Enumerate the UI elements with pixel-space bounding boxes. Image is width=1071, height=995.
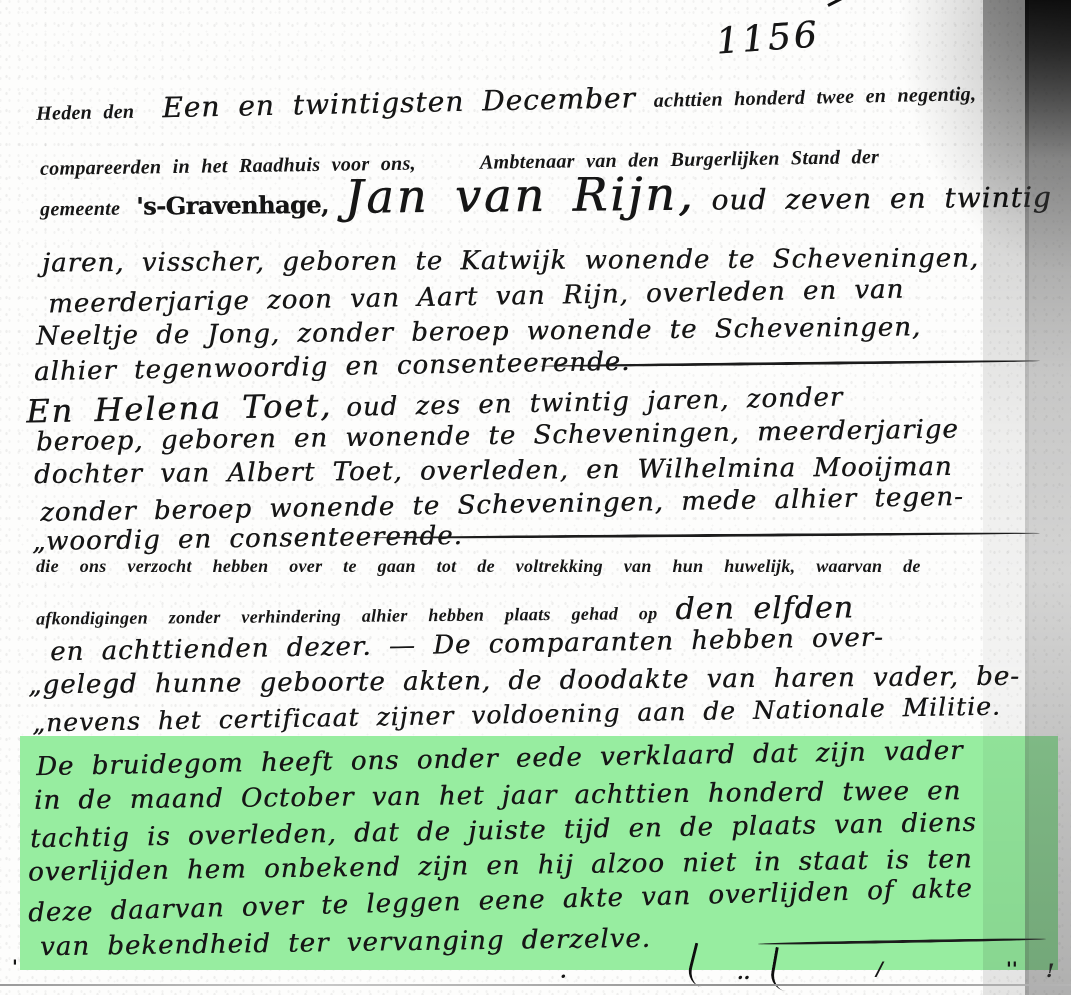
scan-artifact-line: [0, 984, 1071, 986]
cutoff-letter-fragment: ': [12, 956, 18, 978]
text-line: Neeltje de Jong, zonder beroep wonende t…: [36, 312, 921, 351]
text-line: gemeente 's-Gravenhage, Jan van Rijn, ou…: [40, 164, 1052, 227]
blackletter-text: 's-Gravenhage,: [136, 190, 329, 221]
printed-text: afkondigingen zonder verhindering alhier…: [36, 603, 658, 628]
text-line: Heden denEen en twintigsten Decemberacht…: [36, 74, 977, 127]
text-line: „woordig en consenteerende.: [32, 521, 463, 557]
text-line: die ons verzocht hebben over te gaan tot…: [36, 556, 921, 577]
printed-text: achttien honderd twee en negentig,: [654, 83, 977, 112]
handwritten-text: den elfden: [675, 590, 854, 627]
text-line: jaren, visscher, geboren te Katwijk wone…: [42, 244, 979, 279]
cutoff-letter-fragment: !: [1046, 960, 1054, 982]
page-number: 1156: [715, 14, 821, 62]
cutoff-letter-fragment: /: [876, 958, 883, 980]
handwritten-name: Jan van Rijn,: [345, 167, 696, 224]
handwritten-text: oud zeven en twintig: [711, 181, 1051, 217]
text-line: meerderjarige zoon van Aart van Rijn, ov…: [48, 275, 905, 320]
printed-text: gemeente: [40, 198, 120, 222]
cutoff-letter-fragment: '': [1006, 958, 1018, 980]
cutoff-letter-fragment: ..: [737, 962, 750, 984]
text-line: zonder beroep wonende te Scheveningen, m…: [40, 482, 964, 528]
printed-text: Heden den: [36, 101, 135, 125]
filler-stroke: [368, 532, 1040, 540]
pen-stroke: [827, 0, 887, 7]
document-scan: 1156 Heden denEen en twintigsten Decembe…: [0, 0, 1071, 995]
handwritten-text: Een en twintigsten December: [162, 81, 636, 124]
